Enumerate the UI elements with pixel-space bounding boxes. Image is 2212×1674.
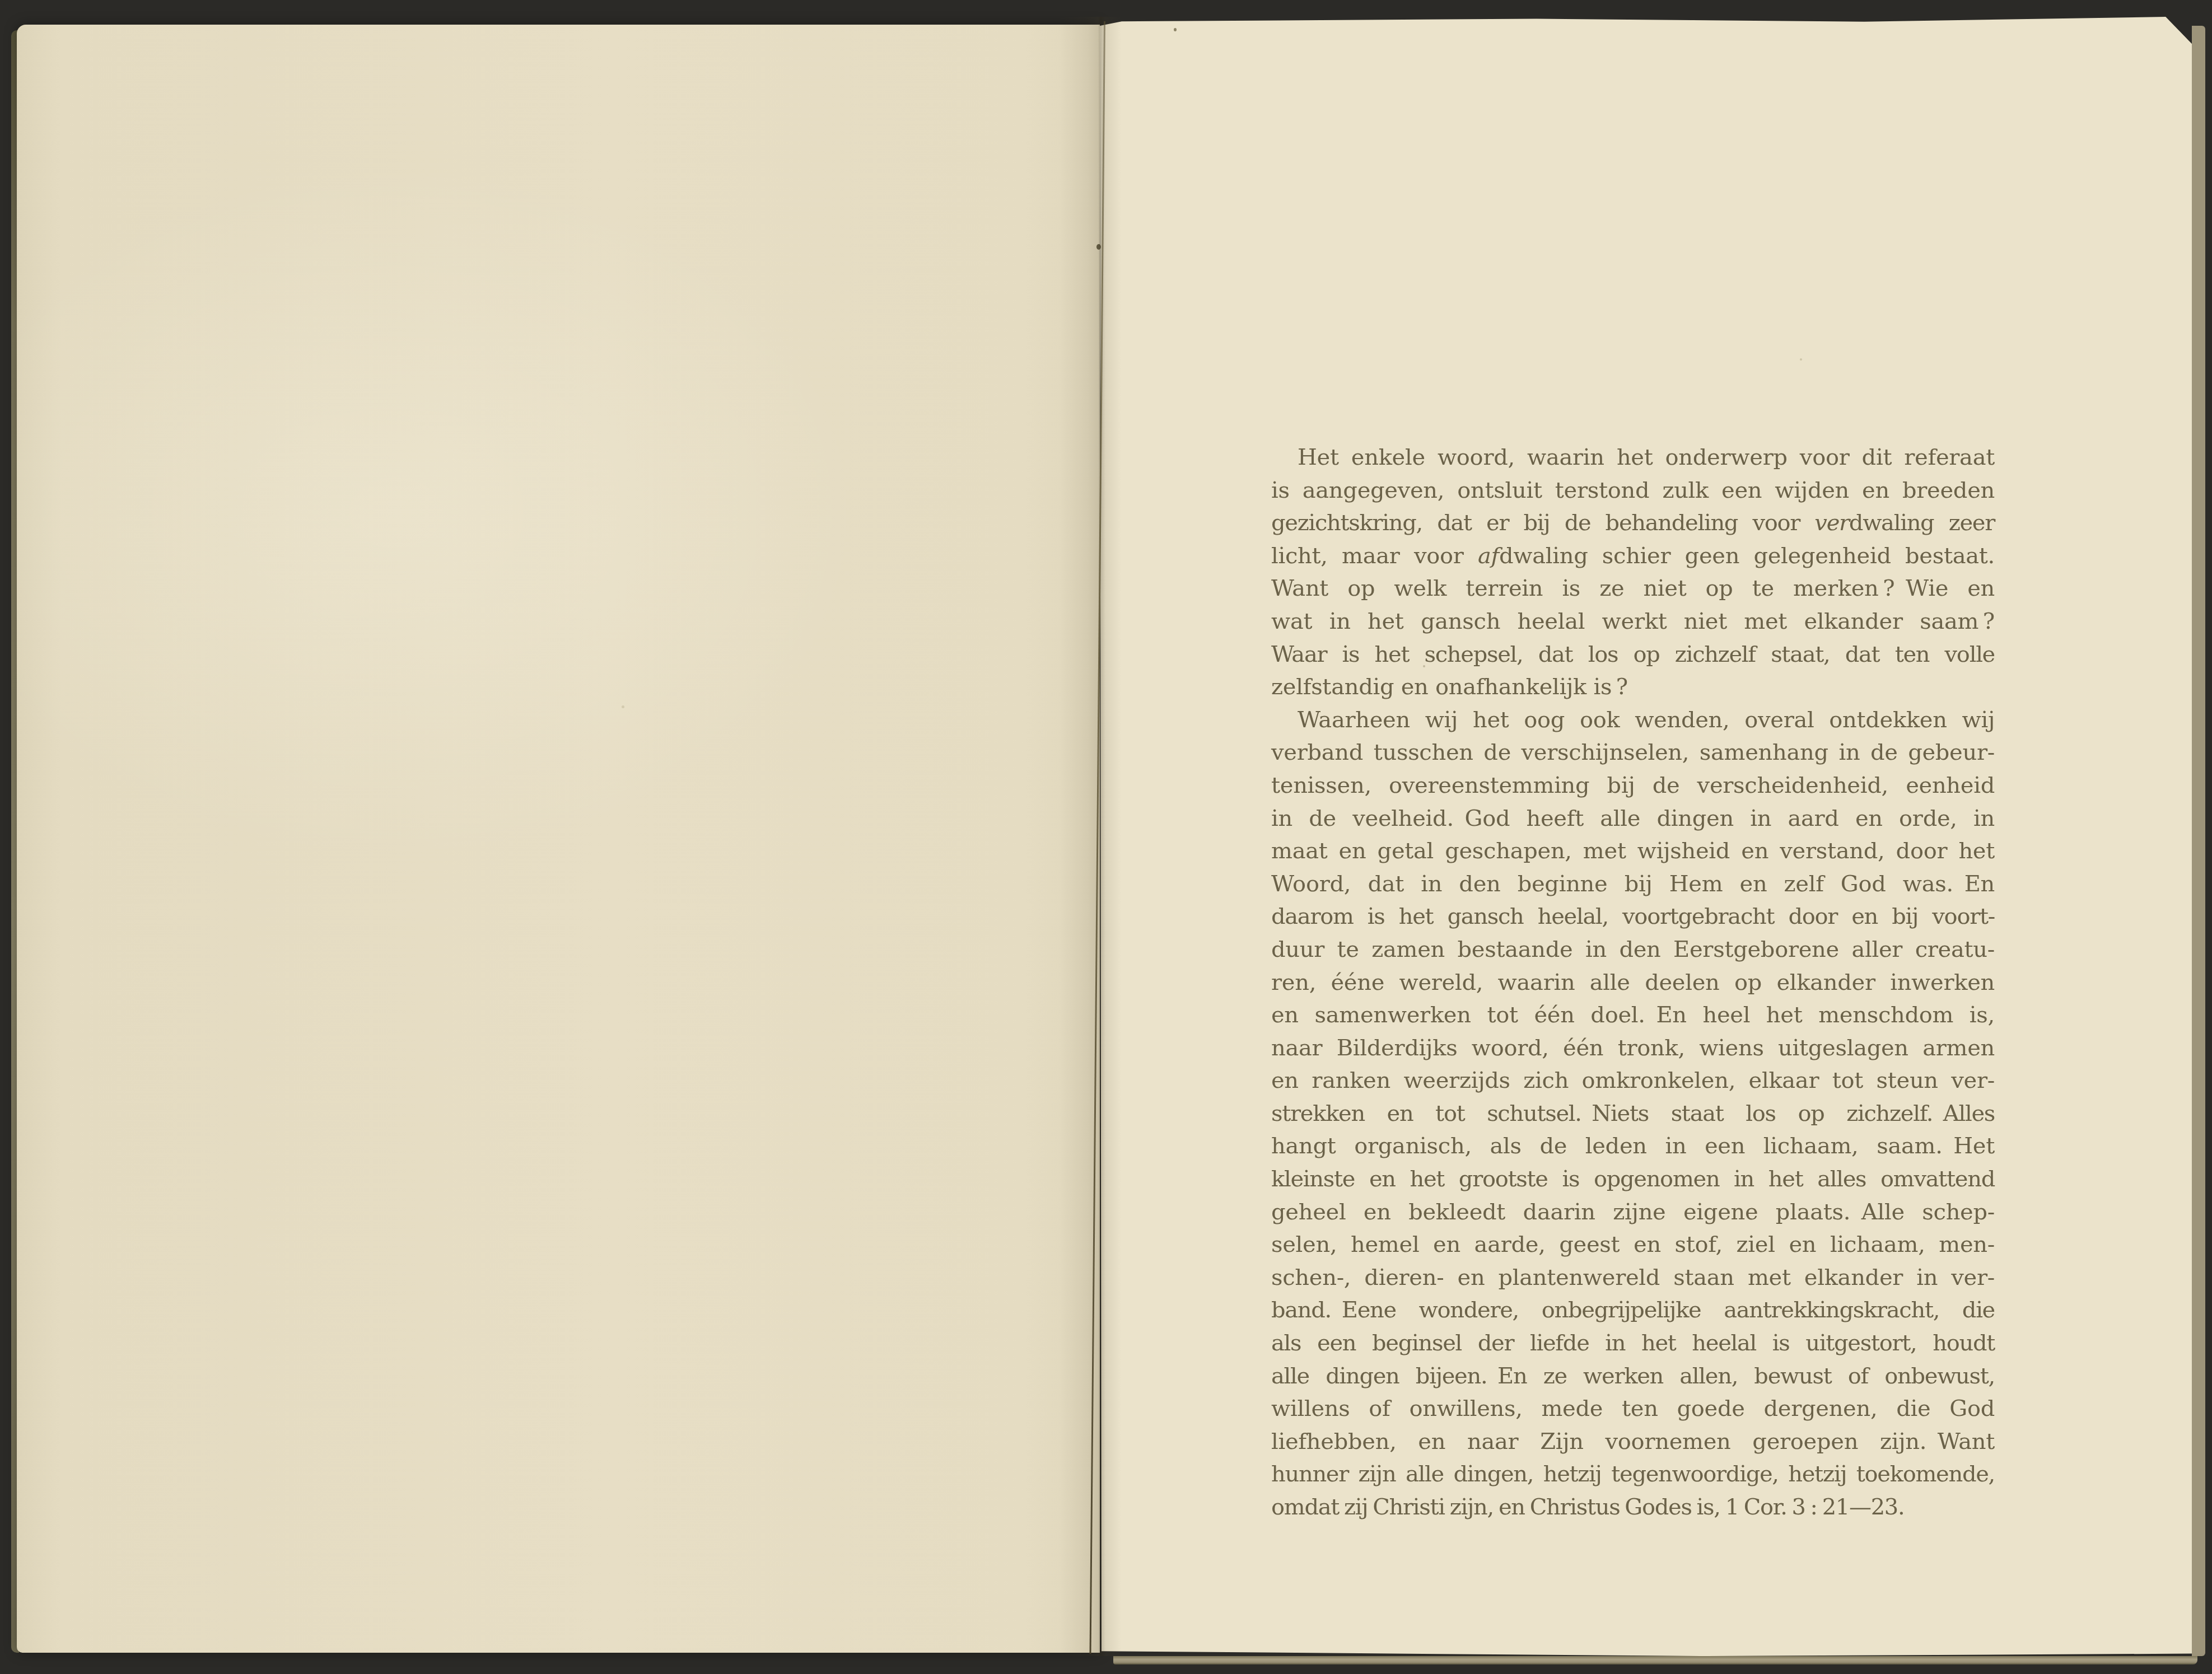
text-line: omdat zij Christi zijn, en Christus Gode… <box>1271 1491 1995 1524</box>
text-segment: Want op welk terrein is ze niet op te me… <box>1271 576 1995 601</box>
text-line: alle dingen bijeen. En ze werken allen, … <box>1271 1360 1995 1393</box>
text-line: Waar is het schepsel, dat los op zichzel… <box>1271 638 1995 671</box>
italic-text-segment: af <box>1478 543 1499 569</box>
text-line: band. Eene wondere, onbegrijpelijke aant… <box>1271 1294 1995 1327</box>
text-line: in de veelheid. God heeft alle dingen in… <box>1271 802 1995 835</box>
text-line: is aangegeven, ontsluit terstond zulk ee… <box>1271 474 1995 507</box>
text-line: duur te zamen bestaande in den Eerstgebo… <box>1271 933 1995 966</box>
text-segment: verband tusschen de verschijnselen, same… <box>1271 740 1995 765</box>
text-line: liefhebben, en naar Zijn voornemen geroe… <box>1271 1425 1995 1458</box>
text-line: en samenwerken tot één doel. En heel het… <box>1271 999 1995 1032</box>
left-page-blank <box>17 25 1100 1653</box>
bottom-edge-page-stack <box>1113 1656 2197 1664</box>
text-segment: omdat zij Christi zijn, en Christus Gode… <box>1271 1494 1904 1520</box>
text-line: naar Bilderdijks woord, één tronk, wiens… <box>1271 1032 1995 1065</box>
text-segment: dwaling schier geen gelegenheid bestaat. <box>1499 543 1995 569</box>
text-segment: strekken en tot schutsel. Niets staat lo… <box>1271 1101 1995 1126</box>
italic-text-segment: ver <box>1814 510 1849 536</box>
text-line: geheel en bekleedt daarin zijne eigene p… <box>1271 1196 1995 1229</box>
text-line: en ranken weerzijds zich omkronkelen, el… <box>1271 1064 1995 1097</box>
paper-speck <box>1423 665 1425 667</box>
text-segment: liefhebben, en naar Zijn voornemen geroe… <box>1271 1429 1995 1455</box>
text-segment: hangt organisch, als de leden in een lic… <box>1271 1133 1995 1159</box>
text-segment: en ranken weerzijds zich omkronkelen, el… <box>1271 1068 1995 1093</box>
text-segment: ren, ééne wereld, waarin alle deelen op … <box>1271 970 1995 995</box>
text-segment: en samenwerken tot één doel. En heel het… <box>1271 1002 1995 1028</box>
text-segment: Het enkele woord, waarin het onderwerp v… <box>1298 445 1995 470</box>
text-line: selen, hemel en aarde, geest en stof, zi… <box>1271 1228 1995 1261</box>
text-line: licht, maar voor afdwaling schier geen g… <box>1271 540 1995 573</box>
text-line: tenissen, overeenstemming bij de versche… <box>1271 769 1995 802</box>
text-line: gezichtskring, dat er bij de behandeling… <box>1271 507 1995 540</box>
text-line: als een beginsel der liefde in het heela… <box>1271 1327 1995 1360</box>
paper-speck <box>1096 244 1101 250</box>
text-segment: zelfstandig en onafhankelijk is ? <box>1271 674 1628 700</box>
text-segment: kleinste en het grootste is opgenomen in… <box>1271 1166 1995 1192</box>
text-segment: band. Eene wondere, onbegrijpelijke aant… <box>1271 1297 1995 1323</box>
text-segment: Waar is het schepsel, dat los op zichzel… <box>1271 642 1995 667</box>
paragraph: Het enkele woord, waarin het onderwerp v… <box>1271 441 1995 704</box>
text-line: ren, ééne wereld, waarin alle deelen op … <box>1271 966 1995 999</box>
text-line: hangt organisch, als de leden in een lic… <box>1271 1130 1995 1163</box>
text-segment: geheel en bekleedt daarin zijne eigene p… <box>1271 1199 1995 1225</box>
text-segment: duur te zamen bestaande in den Eerstgebo… <box>1271 937 1995 962</box>
text-segment: daarom is het gansch heelal, voortgebrac… <box>1271 904 1995 929</box>
text-segment: wat in het gansch heelal werkt niet met … <box>1271 609 1995 634</box>
text-segment: tenissen, overeenstemming bij de versche… <box>1271 773 1995 798</box>
text-line: Waarheen wij het oog ook wenden, overal … <box>1271 704 1995 737</box>
text-segment: alle dingen bijeen. En ze werken allen, … <box>1271 1363 1995 1389</box>
text-segment: is aangegeven, ontsluit terstond zulk ee… <box>1271 478 1995 503</box>
text-line: Want op welk terrein is ze niet op te me… <box>1271 572 1995 605</box>
text-line: strekken en tot schutsel. Niets staat lo… <box>1271 1097 1995 1130</box>
text-segment: Waarheen wij het oog ook wenden, overal … <box>1298 707 1995 733</box>
text-line: Woord, dat in den beginne bij Hem en zel… <box>1271 868 1995 901</box>
text-line: schen-, dieren- en plantenwereld staan m… <box>1271 1261 1995 1294</box>
text-block: Het enkele woord, waarin het onderwerp v… <box>1271 441 1995 1524</box>
text-segment: gezichtskring, dat er bij de behandeling… <box>1271 510 1814 536</box>
text-segment: Woord, dat in den beginne bij Hem en zel… <box>1271 871 1995 897</box>
text-line: zelfstandig en onafhankelijk is ? <box>1271 671 1995 704</box>
text-line: maat en getal geschapen, met wijsheid en… <box>1271 835 1995 868</box>
text-segment: selen, hemel en aarde, geest en stof, zi… <box>1271 1232 1995 1257</box>
text-segment: schen-, dieren- en plantenwereld staan m… <box>1271 1265 1995 1290</box>
text-segment: naar Bilderdijks woord, één tronk, wiens… <box>1271 1035 1995 1061</box>
text-line: wat in het gansch heelal werkt niet met … <box>1271 605 1995 638</box>
text-line: hunner zijn alle dingen, hetzij tegenwoo… <box>1271 1458 1995 1491</box>
text-line: kleinste en het grootste is opgenomen in… <box>1271 1163 1995 1196</box>
text-line: willens of onwillens, mede ten goede der… <box>1271 1392 1995 1425</box>
paragraph: Waarheen wij het oog ook wenden, overal … <box>1271 704 1995 1524</box>
text-line: Het enkele woord, waarin het onderwerp v… <box>1271 441 1995 474</box>
paper-speck <box>1800 358 1802 361</box>
text-line: verband tusschen de verschijnselen, same… <box>1271 736 1995 769</box>
text-line: daarom is het gansch heelal, voortgebrac… <box>1271 900 1995 933</box>
text-segment: in de veelheid. God heeft alle dingen in… <box>1271 806 1995 831</box>
paper-speck <box>1174 28 1177 31</box>
book-scan: Het enkele woord, waarin het onderwerp v… <box>0 0 2212 1674</box>
paper-speck <box>622 705 624 708</box>
text-segment: willens of onwillens, mede ten goede der… <box>1271 1396 1995 1422</box>
text-segment: maat en getal geschapen, met wijsheid en… <box>1271 838 1995 864</box>
fore-edge-page-stack <box>2192 26 2205 1656</box>
text-segment: hunner zijn alle dingen, hetzij tegenwoo… <box>1271 1461 1995 1487</box>
text-segment: dwaling zeer <box>1849 510 1995 536</box>
text-segment: als een beginsel der liefde in het heela… <box>1271 1330 1995 1356</box>
text-segment: licht, maar voor <box>1271 543 1478 569</box>
